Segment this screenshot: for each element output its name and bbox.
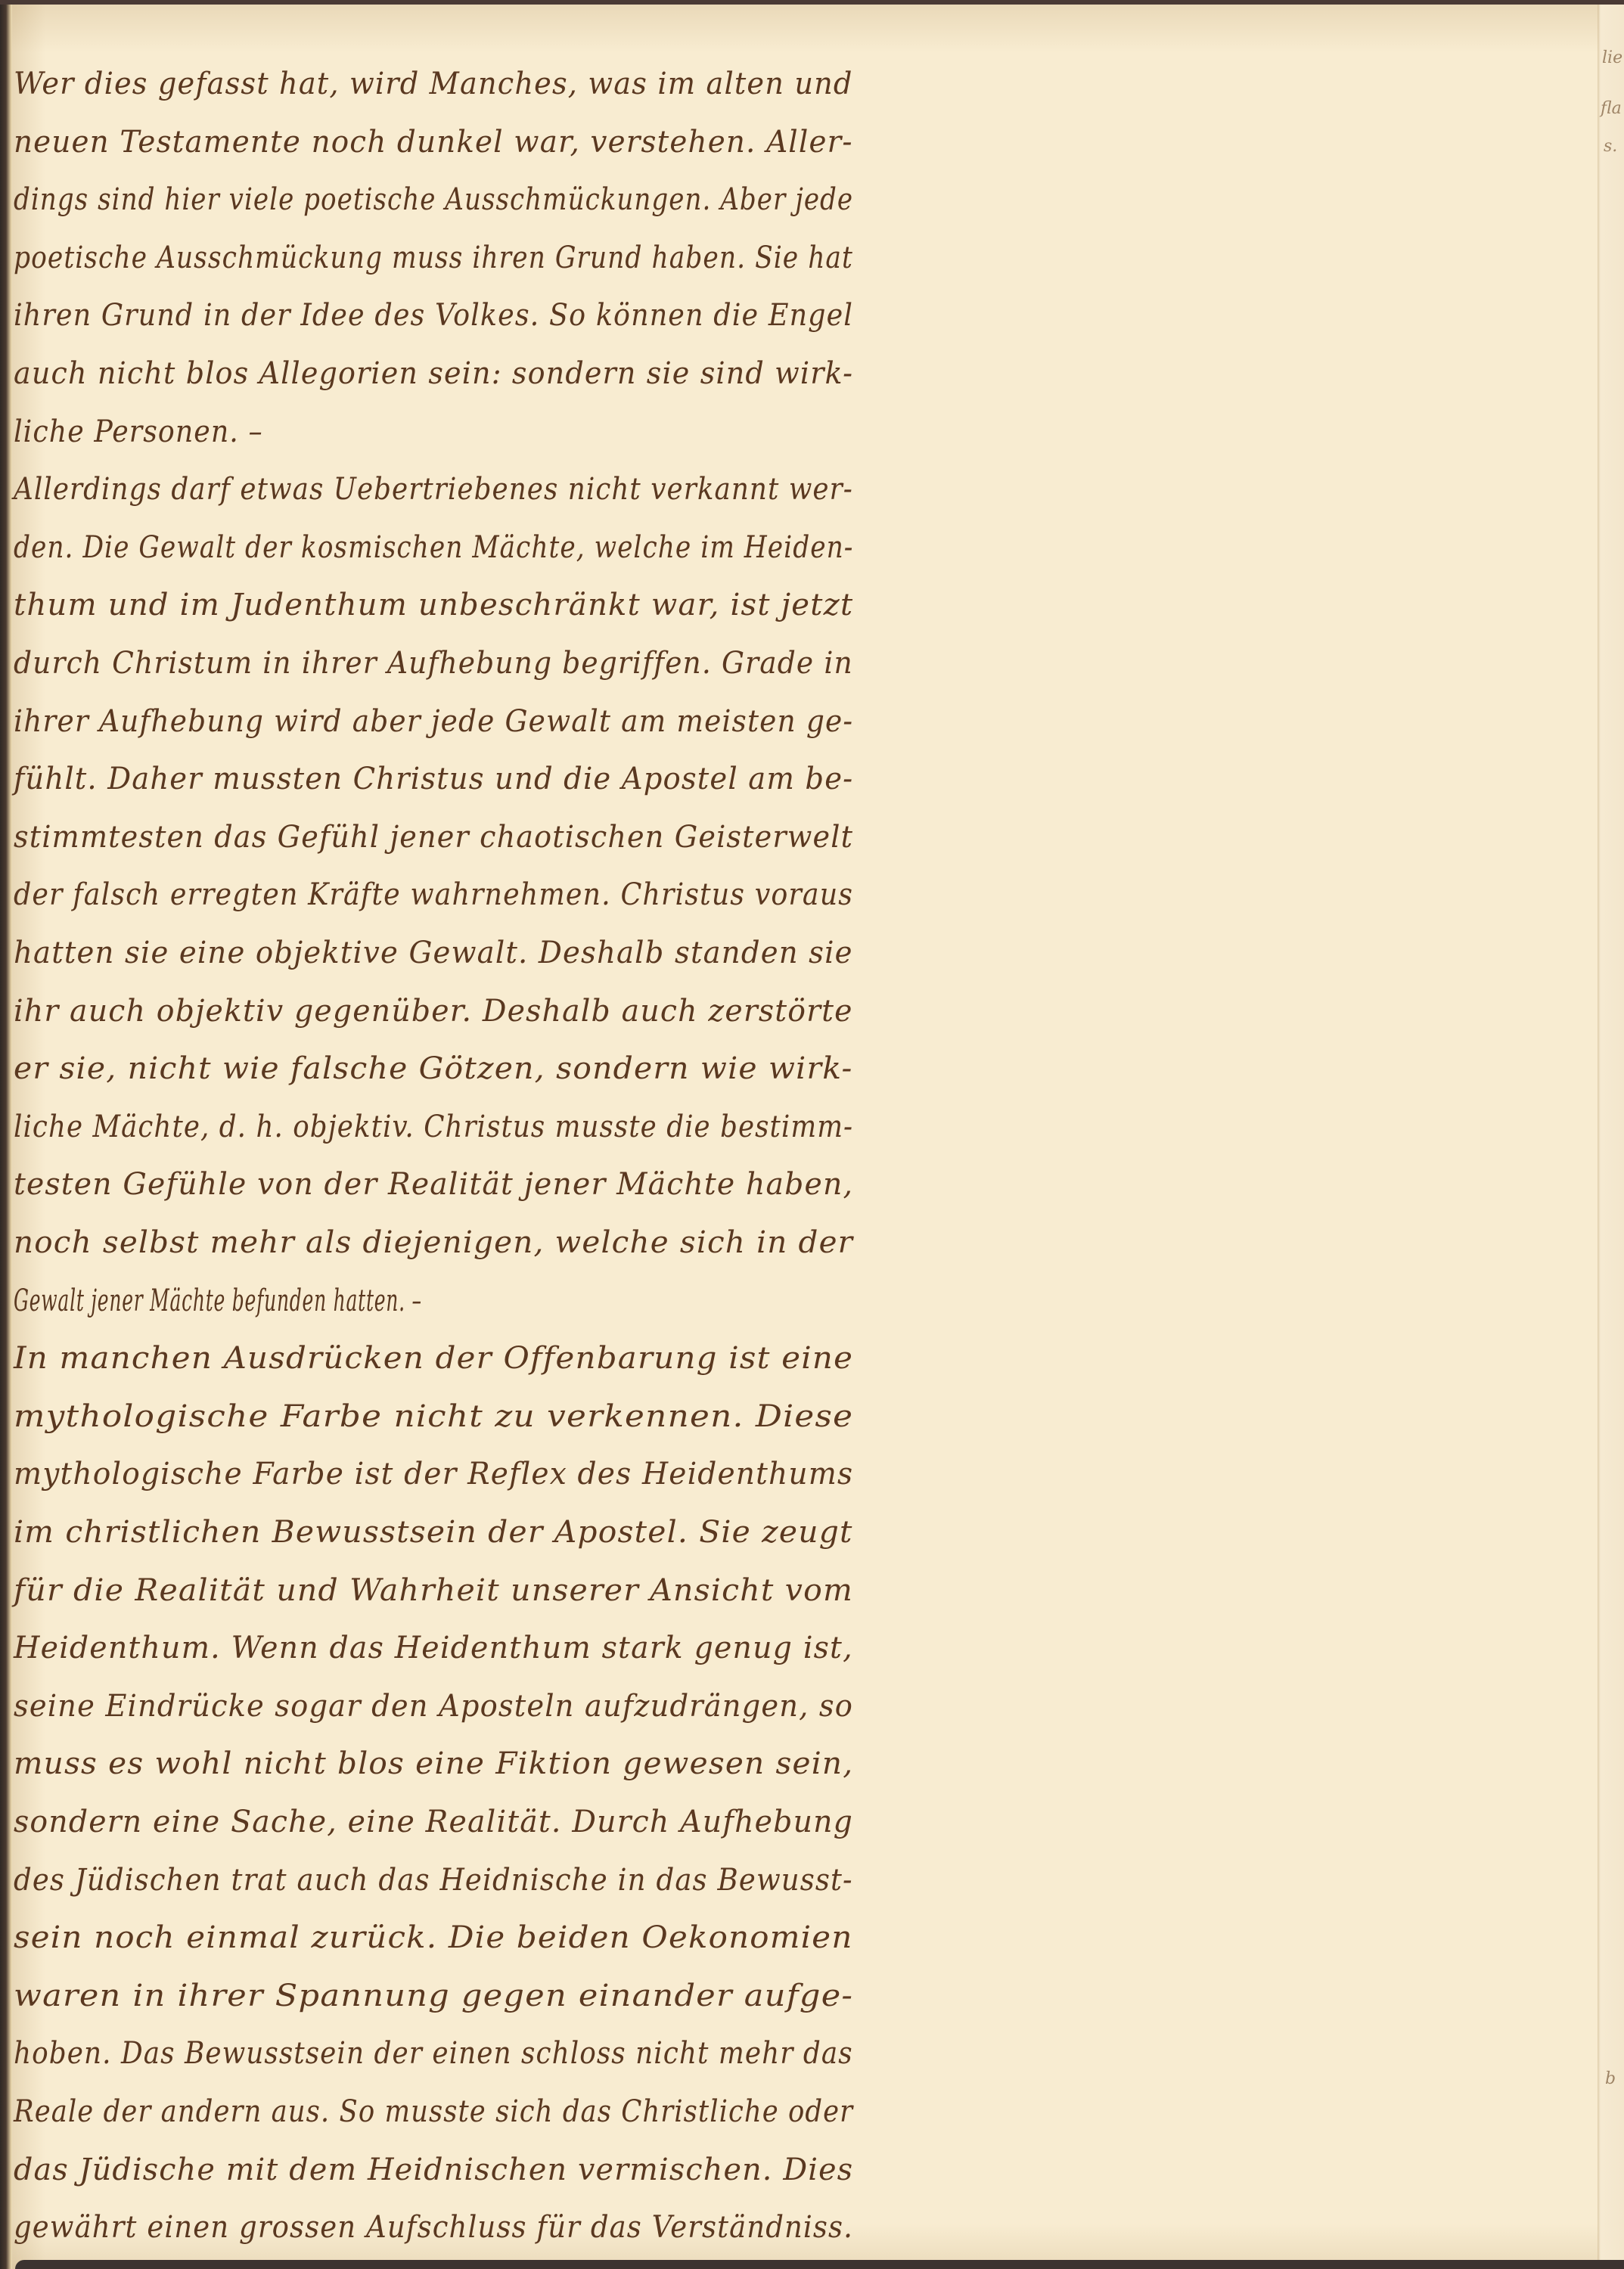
manuscript-line: sein noch einmal zurück. Die beiden Oeko…: [14, 1920, 853, 1955]
manuscript-line: für die Realität und Wahrheit unserer An…: [14, 1573, 853, 1608]
margin-fragment: b: [1605, 2069, 1616, 2088]
manuscript-line: muss es wohl nicht blos eine Fiktion gew…: [14, 1746, 853, 1781]
manuscript-line: mythologische Farbe nicht zu verkennen. …: [14, 1399, 853, 1434]
manuscript-line: Allerdings darf etwas Uebertriebenes nic…: [14, 472, 853, 507]
manuscript-line: ihren Grund in der Idee des Volkes. So k…: [14, 298, 853, 333]
manuscript-line: fühlt. Daher mussten Christus und die Ap…: [14, 762, 853, 796]
adjacent-page-strip: lie fla s. b: [1598, 5, 1624, 2260]
manuscript-line: des Jüdischen trat auch das Heidnische i…: [14, 1863, 853, 1898]
manuscript-line: Reale der andern aus. So musste sich das…: [14, 2094, 853, 2129]
manuscript-line: Wer dies gefasst hat, wird Manches, was …: [14, 67, 853, 101]
manuscript-line: im christlichen Bewusstsein der Apostel.…: [14, 1515, 853, 1550]
manuscript-line: thum und im Judenthum unbeschränkt war, …: [14, 588, 853, 622]
manuscript-line: noch selbst mehr als diejenigen, welche …: [14, 1225, 853, 1260]
page-bottom-edge: [15, 2260, 1624, 2269]
manuscript-line: Gewalt jener Mächte befunden hatten. –: [14, 1283, 422, 1318]
manuscript-line: der falsch erregten Kräfte wahrnehmen. C…: [14, 877, 853, 912]
book-binding-edge: [0, 0, 12, 2269]
manuscript-line: stimmtesten das Gefühl jener chaotischen…: [14, 820, 853, 855]
manuscript-line: durch Christum in ihrer Aufhebung begrif…: [14, 646, 853, 681]
manuscript-line: das Jüdische mit dem Heidnischen vermisc…: [14, 2153, 853, 2187]
margin-fragment: fla: [1601, 99, 1622, 118]
manuscript-line: Heidenthum. Wenn das Heidenthum stark ge…: [14, 1631, 853, 1665]
margin-fragment: s.: [1604, 137, 1617, 156]
page-top-edge: [0, 0, 1624, 5]
manuscript-line: auch nicht blos Allegorien sein: sondern…: [14, 356, 853, 391]
margin-fragment: lie: [1602, 48, 1622, 67]
manuscript-line: dings sind hier viele poetische Ausschmü…: [14, 182, 853, 217]
manuscript-line: sondern eine Sache, eine Realität. Durch…: [14, 1805, 853, 1839]
manuscript-line: ihrer Aufhebung wird aber jede Gewalt am…: [14, 704, 853, 739]
manuscript-line: hoben. Das Bewusstsein der einen schloss…: [14, 2036, 853, 2071]
manuscript-line: testen Gefühle von der Realität jener Mä…: [14, 1167, 853, 1202]
manuscript-line: poetische Ausschmückung muss ihren Grund…: [14, 241, 853, 275]
manuscript-page: lie fla s. b Wer dies gefasst hat, wird …: [0, 0, 1624, 2269]
manuscript-line: neuen Testamente noch dunkel war, verste…: [14, 125, 853, 160]
manuscript-line: den. Die Gewalt der kosmischen Mächte, w…: [14, 530, 853, 565]
manuscript-line: er sie, nicht wie falsche Götzen, sonder…: [14, 1051, 852, 1086]
manuscript-line: seine Eindrücke sogar den Aposteln aufzu…: [14, 1689, 853, 1724]
manuscript-line: mythologische Farbe ist der Reflex des H…: [14, 1457, 853, 1491]
manuscript-line: gewährt einen grossen Aufschluss für das…: [14, 2210, 853, 2245]
manuscript-line: hatten sie eine objektive Gewalt. Deshal…: [14, 936, 853, 970]
manuscript-line: liche Mächte, d. h. objektiv. Christus m…: [14, 1110, 853, 1144]
manuscript-line: waren in ihrer Spannung gegen einander a…: [14, 1979, 853, 2013]
manuscript-line: In manchen Ausdrücken der Offenbarung is…: [14, 1341, 853, 1376]
manuscript-line: liche Personen. –: [14, 414, 263, 449]
manuscript-line: ihr auch objektiv gegenüber. Deshalb auc…: [14, 994, 853, 1029]
